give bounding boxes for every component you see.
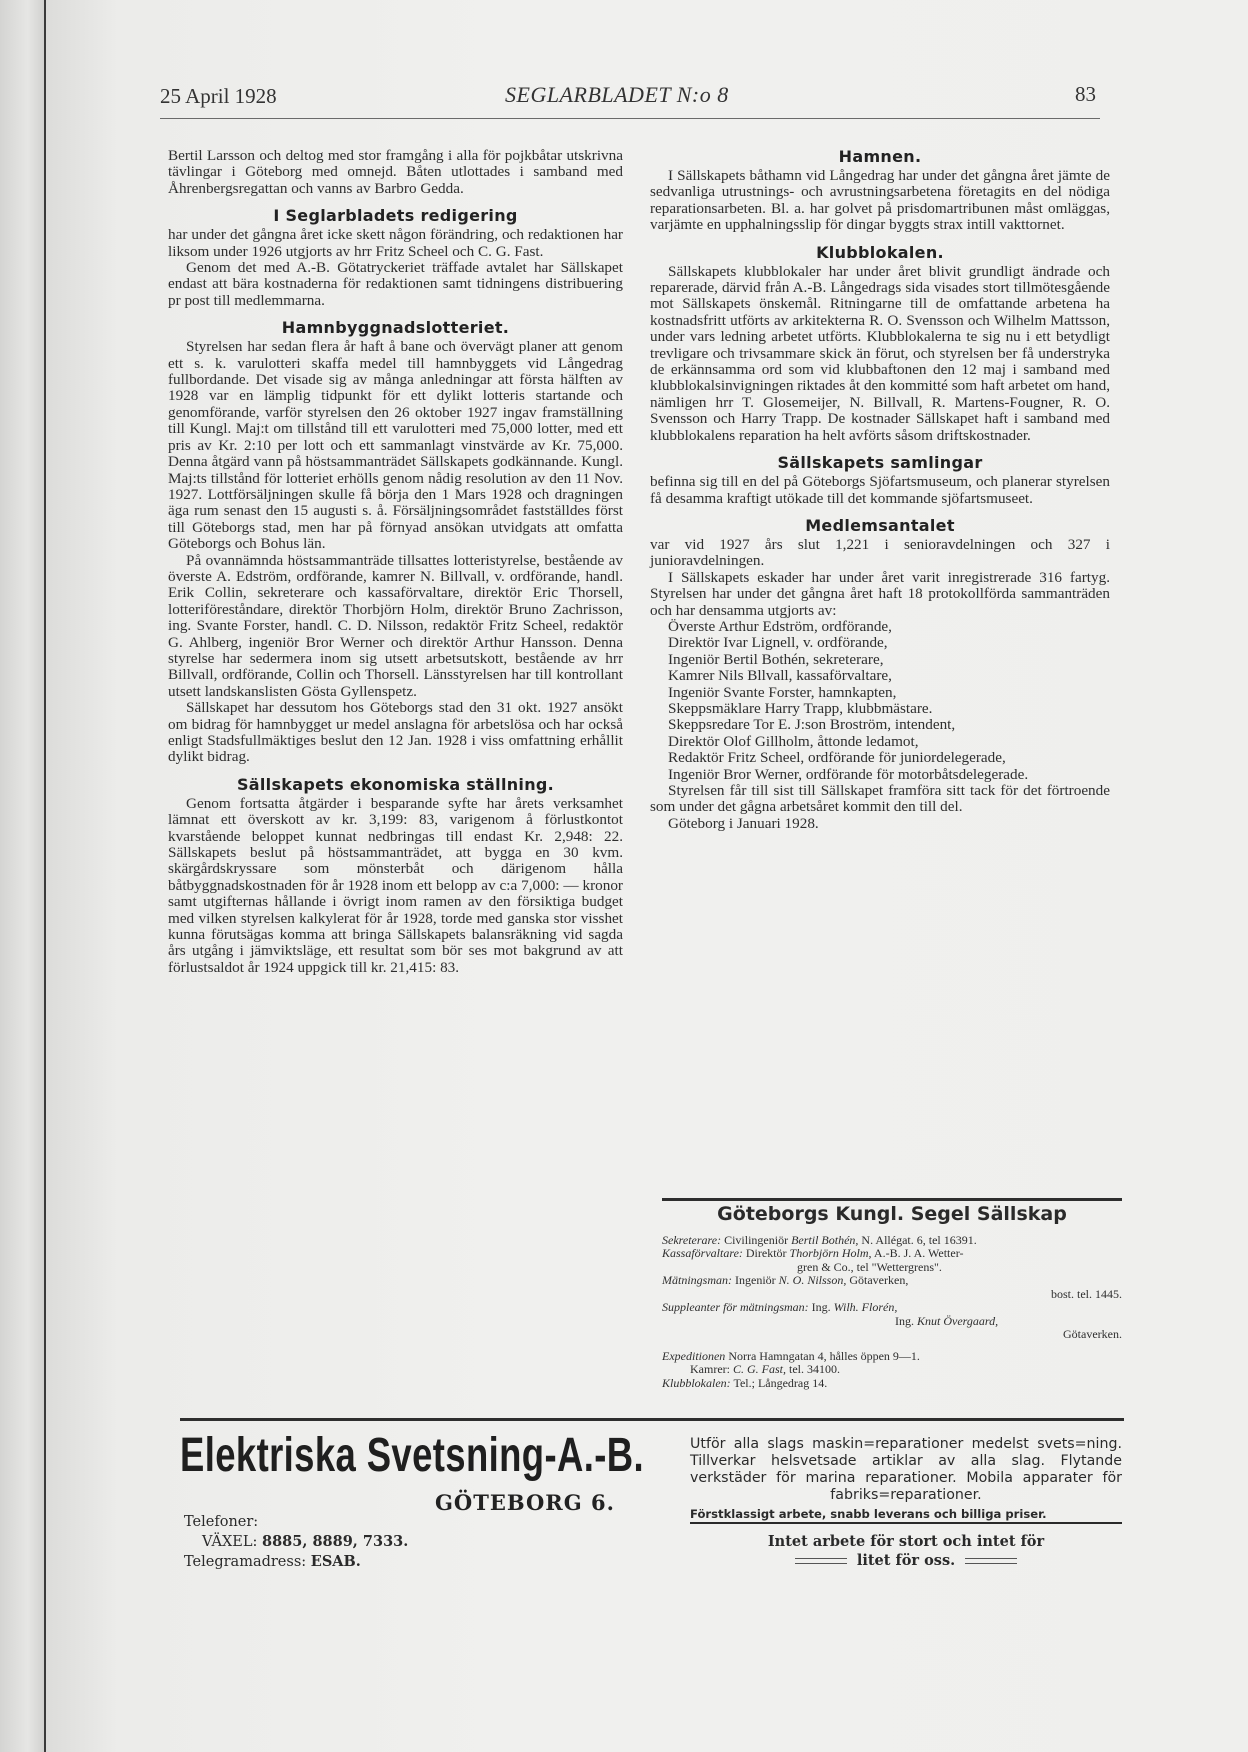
left-column: Bertil Larsson och deltog med stor framg… (168, 148, 623, 976)
officer-matningsman: Mätningsman: Ingeniör N. O. Nilsson, Göt… (662, 1274, 1122, 1288)
decorative-rule (795, 1558, 847, 1564)
issue-date: 25 April 1928 (160, 84, 277, 109)
section-heading-ekonomi: Sällskapets ekonomiska ställning. (168, 776, 623, 794)
switchboard-numbers: VÄXEL: 8885, 8889, 7333. (184, 1532, 408, 1552)
paragraph: befinna sig till en del på Göteborgs Sjö… (650, 474, 1110, 507)
page-number: 83 (1075, 82, 1096, 107)
board-member: Skeppsredare Tor E. J:son Broström, inte… (650, 717, 1110, 733)
advertisement-company-block: Elektriska Svetsning-A.-B. GÖTEBORG 6. T… (180, 1430, 660, 1482)
paragraph: Genom det med A.-B. Götatryckeriet träff… (168, 260, 623, 309)
publication-title: SEGLARBLADET N:o 8 (505, 82, 729, 108)
kamrer-info: Kamrer: C. G. Fast, tel. 34100. (662, 1363, 1122, 1377)
officer-kassaforvaltare: Kassaförvaltare: Direktör Thorbjörn Holm… (662, 1247, 1122, 1261)
board-member: Kamrer Nils Bllvall, kassaförvaltare, (650, 668, 1110, 684)
board-member: Redaktör Fritz Scheel, ordförande för ju… (650, 750, 1110, 766)
club-name-heading: Göteborgs Kungl. Segel Sällskap (662, 1208, 1122, 1222)
officer-matningsman-tel: bost. tel. 1445. (662, 1288, 1122, 1302)
expedition-info: Expeditionen Norra Hamngatan 4, hålles ö… (662, 1350, 1122, 1364)
board-member: Direktör Olof Gillholm, åttonde ledamot, (650, 734, 1110, 750)
advertisement-tagline: Intet arbete för stort och intet för lit… (690, 1532, 1122, 1570)
board-member: Direktör Ivar Lignell, v. ordförande, (650, 635, 1110, 651)
section-heading-redigering: I Seglarbladets redigering (168, 207, 623, 225)
section-heading-medlemsantalet: Medlemsantalet (650, 517, 1110, 535)
officer-kassaforvaltare-cont: gren & Co., tel "Wettergrens". (662, 1261, 1122, 1275)
right-column: Hamnen. I Sällskapets båthamn vid Långed… (650, 148, 1110, 832)
board-member: Ingeniör Svante Forster, hamnkapten, (650, 685, 1110, 701)
board-member: Ingeniör Bror Werner, ordförande för mot… (650, 767, 1110, 783)
officer-suppleant-2: Ing. Knut Övergaard, (662, 1315, 1122, 1329)
telegram-address: Telegramadress: ESAB. (184, 1552, 408, 1572)
paragraph: har under det gångna året icke skett någ… (168, 227, 623, 260)
page-header: 25 April 1928 SEGLARBLADET N:o 8 83 (160, 82, 1100, 119)
advertisement-divider (180, 1418, 1124, 1421)
paragraph: Sällskapet har dessutom hos Göteborgs st… (168, 700, 623, 766)
paragraph: Genom fortsatta åtgärder i besparande sy… (168, 796, 623, 976)
board-member: Överste Arthur Edström, ordförande, (650, 619, 1110, 635)
section-divider (662, 1198, 1122, 1201)
paragraph: Sällskapets klubblokaler har under året … (650, 264, 1110, 444)
officer-sekreterare: Sekreterare: Civilingeniör Bertil Bothén… (662, 1234, 1122, 1248)
paragraph: I Sällskapets båthamn vid Långedrag har … (650, 168, 1110, 234)
paragraph: Styrelsen har sedan flera år haft å bane… (168, 339, 623, 552)
intro-paragraph: Bertil Larsson och deltog med stor framg… (168, 148, 623, 197)
paragraph: På ovannämnda höstsammanträde tillsattes… (168, 553, 623, 701)
paragraph: I Sällskapets eskader har under året var… (650, 570, 1110, 619)
club-officers-box: Göteborgs Kungl. Segel Sällskap Sekreter… (662, 1208, 1122, 1390)
signature-line: Göteborg i Januari 1928. (650, 816, 1110, 832)
section-heading-samlingar: Sällskapets samlingar (650, 454, 1110, 472)
advertiser-name: Elektriska Svetsning-A.-B. (180, 1430, 545, 1482)
advertiser-contacts: Telefoner: VÄXEL: 8885, 8889, 7333. Tele… (184, 1512, 408, 1572)
decorative-rule (965, 1558, 1017, 1564)
closing-paragraph: Styrelsen får till sist till Sällskapet … (650, 783, 1110, 816)
advertisement-slogan: Förstklassigt arbete, snabb leverans och… (690, 1507, 1122, 1524)
board-member: Skeppsmäklare Harry Trapp, klubbmästare. (650, 701, 1110, 717)
section-heading-lotteriet: Hamnbyggnadslotteriet. (168, 319, 623, 337)
officer-suppleanter: Suppleanter för mätningsman: Ing. Wilh. … (662, 1301, 1122, 1315)
advertiser-city: GÖTEBORG 6. (435, 1490, 615, 1515)
section-heading-klubblokalen: Klubblokalen. (650, 244, 1110, 262)
phone-label: Telefoner: (184, 1512, 408, 1532)
advertisement-description: Utför alla slags maskin=reparationer med… (690, 1436, 1122, 1504)
book-spine (0, 0, 46, 1752)
officer-suppleant-place: Götaverken. (662, 1328, 1122, 1342)
section-heading-hamnen: Hamnen. (650, 148, 1110, 166)
paragraph: var vid 1927 års slut 1,221 i senioravde… (650, 537, 1110, 570)
board-member: Ingeniör Bertil Bothén, sekreterare, (650, 652, 1110, 668)
klubblokal-info: Klubblokalen: Tel.; Långedrag 14. (662, 1377, 1122, 1391)
advertisement-description-block: Utför alla slags maskin=reparationer med… (690, 1436, 1122, 1570)
board-member-list: Överste Arthur Edström, ordförande, Dire… (650, 619, 1110, 783)
